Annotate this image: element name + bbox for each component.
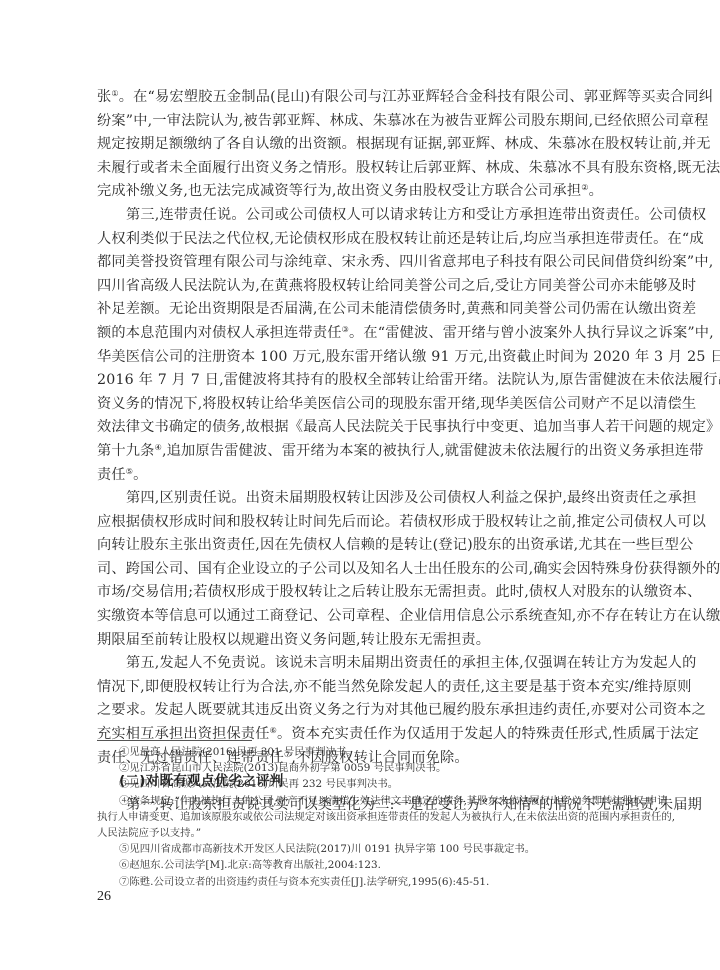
footnote-1: ①见最高人民法院(2016)民再 301 号民事判决书。 xyxy=(97,744,623,760)
paragraph-fifth-view: 第五,发起人不免责说。该说未言明未届期出资责任的承担主体,仅强调在转让方为发起人… xyxy=(97,652,623,676)
body-line: 人权利类似于民法之代位权,无论债权形成在股权转让前还是转让后,均应当承担连带责任… xyxy=(97,228,623,252)
body-line: 效法律文书确定的债务,故根据《最高人民法院关于民事执行中变更、追加当事人若干问题… xyxy=(97,416,623,440)
footnote-6: ⑥赵旭东.公司法学[M].北京:高等教育出版社,2004:123. xyxy=(97,857,623,873)
footnote-ref[interactable]: ③ xyxy=(342,325,349,334)
body-line: 应根据债权形成时间和股权转让时间先后而论。若债权形成于股权转让之前,推定公司债权… xyxy=(97,511,623,535)
footnote-7: ⑦陈甦.公司设立者的出资违约责任与资本充实责任[J].法学研究,1995(6):… xyxy=(97,874,623,890)
body-line: 规定按期足额缴纳了各自认缴的出资额。根据现有证据,郭亚辉、林成、朱慕冰在股权转让… xyxy=(97,133,623,157)
body-line: 情况下,即便股权转让行为合法,亦不能当然免除发起人的责任,这主要是基于资本充实/… xyxy=(97,676,623,700)
page-number: 26 xyxy=(97,889,111,905)
body-line: 都同美誉投资管理有限公司与涂纯章、宋永秀、四川省意邦电子科技有限公司民间借贷纠纷… xyxy=(97,251,623,275)
body-line: 司、跨国公司、国有企业设立的子公司以及知名人士出任股东的公司,确实会因特殊身份获… xyxy=(97,558,623,582)
body-line: 完成补缴义务,也无法完成减资等行为,故出资义务由股权受让方联合公司承担②。 xyxy=(97,180,623,204)
body-line: 期限届至前转让股权以规避出资义务问题,转让股东无需担责。 xyxy=(97,629,623,653)
body-line: 额的本息范围内对债权人承担连带责任③。在“雷健波、雷开绪与曾小波案外人执行异议之… xyxy=(97,322,623,346)
footnote-ref[interactable]: ④ xyxy=(155,443,162,452)
body-line: 补足差额。无论出资期限是否届满,在公司未能清偿债务时,黄燕和同美誉公司仍需在认缴… xyxy=(97,298,623,322)
body-line: 纷案”中,一审法院认为,被告郭亚辉、林成、朱慕冰在为被告亚辉公司股东期间,已经依… xyxy=(97,110,623,134)
body-line: 四川省高级人民法院认为,在黄燕将股权转让给同美誉公司之后,受让方同美誉公司亦未能… xyxy=(97,275,623,299)
body-line: 市场/交易信用;若债权形成于股权转让之后转让股东无需担责。此时,债权人对股东的认… xyxy=(97,581,623,605)
footnote-5: ⑤见四川省成都市高新技术开发区人民法院(2017)川 0191 执异字第 100… xyxy=(97,841,623,857)
main-body-text: 张①。在“易宏塑胶五金制品(昆山)有限公司与江苏亚辉轻合金科技有限公司、郭亚辉等… xyxy=(97,86,623,817)
footnote-4: ④该条规定:“作为被执行人的公司,财产不足以清偿生效法律文书确定的债务,其股东未… xyxy=(97,793,623,809)
footnote-4-continued: 执行人申请变更、追加该原股东或依公司法规定对该出资承担连带责任的发起人为被执行人… xyxy=(97,809,623,825)
body-line: 之要求。发起人既要就其违反出资义务之行为对其他已履约股东承担违约责任,亦要对公司… xyxy=(97,699,623,723)
body-line: 张①。在“易宏塑胶五金制品(昆山)有限公司与江苏亚辉轻合金科技有限公司、郭亚辉等… xyxy=(97,86,623,110)
footnote-ref[interactable]: ② xyxy=(581,183,588,192)
footnotes: ①见最高人民法院(2016)民再 301 号民事判决书。 ②见江苏省昆山市人民法… xyxy=(97,744,623,890)
body-line: 责任⑤。 xyxy=(97,464,623,488)
footnote-separator xyxy=(97,740,252,741)
body-line: 实缴资本等信息可以通过工商登记、公司章程、企业信用信息公示系统查知,亦不存在转让… xyxy=(97,605,623,629)
footnote-3: ③见四川省高级人民法院(2016)川民再 232 号民事判决书。 xyxy=(97,776,623,792)
body-line: 资义务的情况下,将股权转让给华美医信公司的现股东雷开绪,现华美医信公司财产不足以… xyxy=(97,393,623,417)
footnote-4-end: 人民法院应予以支持。” xyxy=(97,825,623,841)
body-line: 未履行或者未全面履行出资义务之情形。股权转让后郭亚辉、林成、朱慕冰不具有股东资格… xyxy=(97,157,623,181)
footnote-ref[interactable]: ⑥ xyxy=(270,726,277,735)
body-line: 华美医信公司的注册资本 100 万元,股东雷开绪认缴 91 万元,出资截止时间为… xyxy=(97,346,623,370)
paragraph-fourth-view: 第四,区别责任说。出资未届期股权转让因涉及公司债权人利益之保护,最终出资责任之承… xyxy=(97,487,623,511)
body-line: 第十九条④,追加原告雷健波、雷开绪为本案的被执行人,就雷健波未依法履行的出资义务… xyxy=(97,440,623,464)
body-line: 向转让股东主张出资责任,因在先债权人信赖的是转让(登记)股东的出资承诺,尤其在一… xyxy=(97,534,623,558)
body-line: 2016 年 7 月 7 日,雷健波将其持有的股权全部转让给雷开绪。法院认为,原… xyxy=(97,369,623,393)
paragraph-third-view: 第三,连带责任说。公司或公司债权人可以请求转让方和受让方承担连带出资责任。公司债… xyxy=(97,204,623,228)
footnote-ref[interactable]: ① xyxy=(111,89,118,98)
footnote-2: ②见江苏省昆山市人民法院(2013)昆商外初字第 0059 号民事判决书。 xyxy=(97,760,623,776)
